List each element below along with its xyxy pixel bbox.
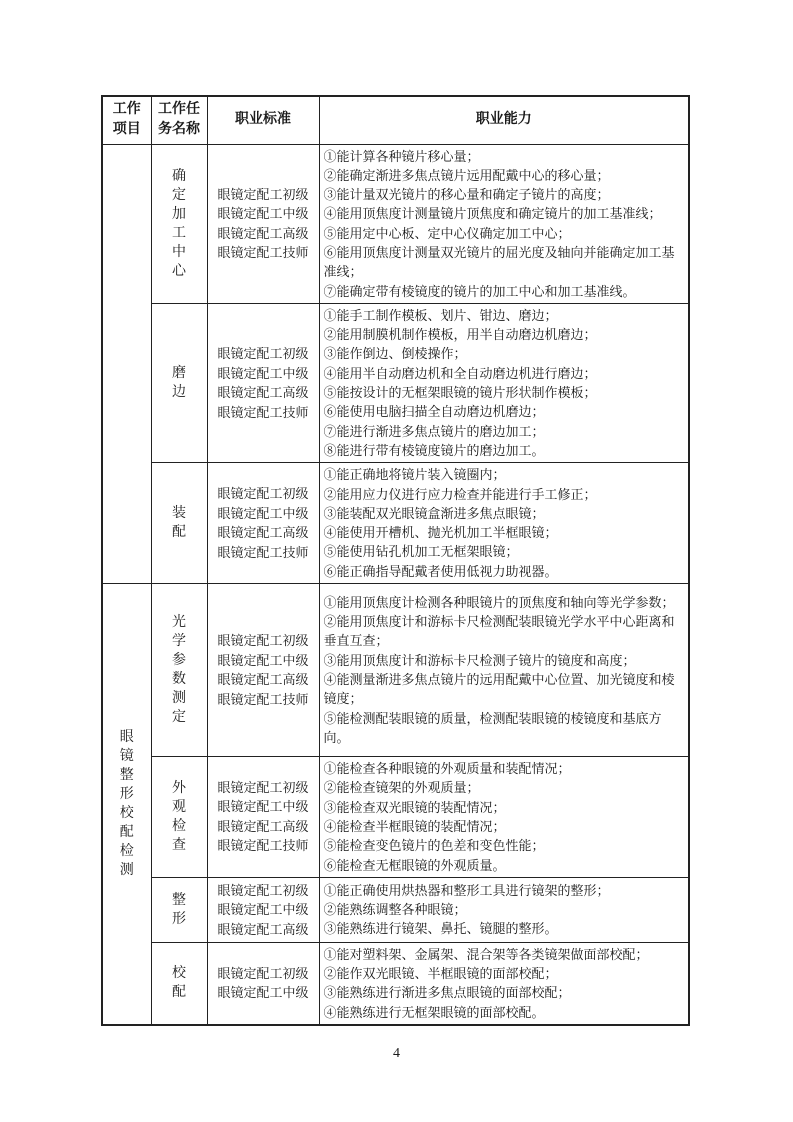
column-header-occupational-ability: 职业能力 [319,96,689,144]
header-row: 工作项目工作任务名称职业标准职业能力 [102,96,689,144]
ability-item: ②能检查镜架的外观质量； [324,778,686,797]
column-header-line: 务名称 [154,120,205,140]
vertical-char: 校 [120,804,134,823]
occupational-standard-cell: 眼镜定配工初级眼镜定配工中级眼镜定配工高级眼镜定配工技师 [207,144,319,303]
task-name-cell: 光学参数测定 [151,584,207,757]
vertical-char: 镜 [120,747,134,766]
vertical-char: 眼 [120,728,134,747]
task-name: 磨边 [172,364,186,402]
vertical-char: 装 [172,504,186,523]
vertical-char: 参 [172,651,186,670]
ability-item: ②能用应力仪进行应力检查并能进行手工修正； [324,485,686,504]
column-header-line: 职业能力 [322,110,687,130]
table-header: 工作项目工作任务名称职业标准职业能力 [102,96,689,144]
ability-item: ①能正确地将镜片装入镜圈内； [324,465,686,484]
standard-line: 眼镜定配工初级 [212,881,315,901]
standard-line: 眼镜定配工高级 [212,224,315,244]
ability-item: ⑦能进行渐进多焦点镜片的磨边加工； [324,422,686,441]
vertical-char: 检 [172,817,186,836]
standard-line: 眼镜定配工初级 [212,484,315,504]
vertical-char: 学 [172,632,186,651]
standard-line: 眼镜定配工技师 [212,836,315,856]
occupational-standard-cell: 眼镜定配工初级眼镜定配工中级眼镜定配工高级眼镜定配工技师 [207,463,319,584]
column-header-work-project: 工作项目 [102,96,151,144]
vertical-char: 查 [172,836,186,855]
standard-line: 眼镜定配工高级 [212,383,315,403]
column-header-occupational-standard: 职业标准 [207,96,319,144]
vertical-char: 光 [172,613,186,632]
vertical-char: 形 [172,910,186,929]
occupational-standard-cell: 眼镜定配工初级眼镜定配工中级眼镜定配工高级 [207,877,319,942]
vertical-char: 加 [172,205,186,224]
ability-item: ④能用半自动磨边机和全自动磨边机进行磨边； [324,364,686,383]
task-name: 装配 [172,504,186,542]
vertical-char: 校 [172,964,186,983]
ability-item: ④能用顶焦度计测量镜片顶焦度和确定镜片的加工基准线； [324,204,686,223]
standard-line: 眼镜定配工高级 [212,523,315,543]
ability-item: ⑤能使用钻孔机加工无框架眼镜； [324,542,686,561]
work-project-name: 眼镜整形校配检测 [120,728,134,880]
standard-line: 眼镜定配工技师 [212,690,315,710]
standard-line: 眼镜定配工高级 [212,670,315,690]
occupational-ability-cell: ①能计算各种镜片移心量；②能确定渐进多焦点镜片远用配戴中心的移心量；③能计量双光… [319,144,689,303]
standard-line: 眼镜定配工中级 [212,364,315,384]
task-name-cell: 整形 [151,877,207,942]
vertical-char: 整 [120,766,134,785]
occupational-standard-cell: 眼镜定配工初级眼镜定配工中级 [207,942,319,1025]
vertical-char: 形 [120,785,134,804]
ability-item: ②能熟练调整各种眼镜； [324,900,686,919]
table-row: 整形眼镜定配工初级眼镜定配工中级眼镜定配工高级①能正确使用烘热器和整形工具进行镜… [102,877,689,942]
ability-item: ④能使用开槽机、抛光机加工半框眼镜； [324,523,686,542]
occupational-ability-cell: ①能正确地将镜片装入镜圈内；②能用应力仪进行应力检查并能进行手工修正；③能装配双… [319,463,689,584]
ability-item: ⑥能检查无框眼镜的外观质量。 [324,856,686,875]
ability-item: ③能熟练进行镜架、鼻托、镜腿的整形。 [324,919,686,938]
occupational-standard-cell: 眼镜定配工初级眼镜定配工中级眼镜定配工高级眼镜定配工技师 [207,757,319,878]
standard-line: 眼镜定配工中级 [212,983,315,1003]
ability-item: ⑥能正确指导配戴者使用低视力助视器。 [324,562,686,581]
ability-item: ④能测量渐进多焦点镜片的远用配戴中心位置、加光镜度和棱镜度； [324,670,686,709]
standard-line: 眼镜定配工高级 [212,920,315,940]
standard-line: 眼镜定配工中级 [212,900,315,920]
ability-item: ①能手工制作模板、划片、钳边、磨边； [324,306,686,325]
vertical-char: 确 [172,167,186,186]
occupational-standards-table: 工作项目工作任务名称职业标准职业能力 确定加工中心眼镜定配工初级眼镜定配工中级眼… [101,95,690,1026]
table-row: 眼镜整形校配检测光学参数测定眼镜定配工初级眼镜定配工中级眼镜定配工高级眼镜定配工… [102,584,689,757]
task-name: 校配 [172,964,186,1002]
task-name-cell: 装配 [151,463,207,584]
ability-item: ⑤能用定中心板、定中心仪确定加工中心； [324,224,686,243]
ability-item: ③能作倒边、倒棱操作； [324,344,686,363]
occupational-ability-cell: ①能正确使用烘热器和整形工具进行镜架的整形；②能熟练调整各种眼镜；③能熟练进行镜… [319,877,689,942]
column-header-line: 职业标准 [210,110,317,130]
vertical-char: 测 [172,689,186,708]
ability-item: ②能作双光眼镜、半框眼镜的面部校配； [324,964,686,983]
vertical-char: 心 [172,262,186,281]
ability-item: ⑤能检测配装眼镜的质量，检测配装眼镜的棱镜度和基底方向。 [324,709,686,748]
standard-line: 眼镜定配工技师 [212,243,315,263]
task-name-cell: 磨边 [151,303,207,462]
task-name: 光学参数测定 [172,613,186,727]
vertical-char: 配 [120,823,134,842]
ability-item: ①能计算各种镜片移心量； [324,147,686,166]
occupational-ability-cell: ①能用顶焦度计检测各种眼镜片的顶焦度和轴向等光学参数；②能用顶焦度计和游标卡尺检… [319,584,689,757]
vertical-char: 数 [172,670,186,689]
page-number: 4 [0,1046,793,1062]
ability-item: ④能熟练进行无框架眼镜的面部校配。 [324,1003,686,1022]
standard-line: 眼镜定配工中级 [212,204,315,224]
vertical-char: 边 [172,383,186,402]
standard-line: 眼镜定配工高级 [212,817,315,837]
occupational-ability-cell: ①能对塑料架、金属架、混合架等各类镜架做面部校配；②能作双光眼镜、半框眼镜的面部… [319,942,689,1025]
standard-line: 眼镜定配工中级 [212,651,315,671]
ability-item: ⑤能检查变色镜片的色差和变色性能； [324,836,686,855]
ability-item: ①能对塑料架、金属架、混合架等各类镜架做面部校配； [324,945,686,964]
document-page: 工作项目工作任务名称职业标准职业能力 确定加工中心眼镜定配工初级眼镜定配工中级眼… [0,0,793,1122]
vertical-char: 测 [120,861,134,880]
ability-item: ②能用顶焦度计和游标卡尺检测配装眼镜光学水平中心距离和垂直互查； [324,612,686,651]
vertical-char: 定 [172,186,186,205]
task-name: 整形 [172,891,186,929]
standard-line: 眼镜定配工技师 [212,543,315,563]
standard-line: 眼镜定配工初级 [212,185,315,205]
vertical-char: 检 [120,842,134,861]
ability-item: ⑦能确定带有棱镜度的镜片的加工中心和加工基准线。 [324,282,686,301]
vertical-char: 外 [172,779,186,798]
vertical-char: 中 [172,243,186,262]
ability-item: ①能检查各种眼镜的外观质量和装配情况； [324,759,686,778]
standard-line: 眼镜定配工初级 [212,344,315,364]
standard-line: 眼镜定配工初级 [212,631,315,651]
ability-item: ④能检查半框眼镜的装配情况； [324,817,686,836]
vertical-char: 磨 [172,364,186,383]
vertical-char: 配 [172,983,186,1002]
occupational-standard-cell: 眼镜定配工初级眼镜定配工中级眼镜定配工高级眼镜定配工技师 [207,584,319,757]
occupational-standard-cell: 眼镜定配工初级眼镜定配工中级眼镜定配工高级眼镜定配工技师 [207,303,319,462]
standard-line: 眼镜定配工技师 [212,403,315,423]
column-header-line: 工作任 [154,100,205,120]
vertical-char: 配 [172,523,186,542]
column-header-work-task-name: 工作任务名称 [151,96,207,144]
task-name-cell: 校配 [151,942,207,1025]
ability-item: ①能用顶焦度计检测各种眼镜片的顶焦度和轴向等光学参数； [324,593,686,612]
table-row: 装配眼镜定配工初级眼镜定配工中级眼镜定配工高级眼镜定配工技师①能正确地将镜片装入… [102,463,689,584]
standard-line: 眼镜定配工初级 [212,778,315,798]
vertical-char: 定 [172,708,186,727]
ability-item: ⑥能使用电脑扫描全自动磨边机磨边； [324,402,686,421]
standard-line: 眼镜定配工中级 [212,797,315,817]
vertical-char: 工 [172,224,186,243]
ability-item: ①能正确使用烘热器和整形工具进行镜架的整形； [324,881,686,900]
standard-line: 眼镜定配工初级 [212,964,315,984]
ability-item: ③能熟练进行渐进多焦点眼镜的面部校配； [324,983,686,1002]
table-row: 外观检查眼镜定配工初级眼镜定配工中级眼镜定配工高级眼镜定配工技师①能检查各种眼镜… [102,757,689,878]
table-row: 磨边眼镜定配工初级眼镜定配工中级眼镜定配工高级眼镜定配工技师①能手工制作模板、划… [102,303,689,462]
ability-item: ⑤能按设计的无框架眼镜的镜片形状制作模板； [324,383,686,402]
table-row: 确定加工中心眼镜定配工初级眼镜定配工中级眼镜定配工高级眼镜定配工技师①能计算各种… [102,144,689,303]
task-name-cell: 外观检查 [151,757,207,878]
vertical-char: 观 [172,798,186,817]
table-body: 确定加工中心眼镜定配工初级眼镜定配工中级眼镜定配工高级眼镜定配工技师①能计算各种… [102,144,689,1025]
table-row: 校配眼镜定配工初级眼镜定配工中级①能对塑料架、金属架、混合架等各类镜架做面部校配… [102,942,689,1025]
column-header-line: 项目 [105,120,149,140]
task-name-cell: 确定加工中心 [151,144,207,303]
vertical-char: 整 [172,891,186,910]
ability-item: ③能计量双光镜片的移心量和确定子镜片的高度； [324,185,686,204]
standard-line: 眼镜定配工中级 [212,504,315,524]
task-name: 外观检查 [172,779,186,855]
work-project-cell: 眼镜整形校配检测 [102,584,151,1025]
occupational-ability-cell: ①能检查各种眼镜的外观质量和装配情况；②能检查镜架的外观质量；③能检查双光眼镜的… [319,757,689,878]
column-header-line: 工作 [105,100,149,120]
work-project-cell [102,144,151,584]
ability-item: ③能装配双光眼镜盒渐进多焦点眼镜； [324,504,686,523]
ability-item: ③能检查双光眼镜的装配情况； [324,798,686,817]
ability-item: ⑥能用顶焦度计测量双光镜片的屈光度及轴向并能确定加工基准线； [324,243,686,282]
ability-item: ②能确定渐进多焦点镜片远用配戴中心的移心量； [324,166,686,185]
ability-item: ②能用制膜机制作模板，用半自动磨边机磨边； [324,325,686,344]
ability-item: ③能用顶焦度计和游标卡尺检测子镜片的镜度和高度； [324,651,686,670]
occupational-ability-cell: ①能手工制作模板、划片、钳边、磨边；②能用制膜机制作模板，用半自动磨边机磨边；③… [319,303,689,462]
task-name: 确定加工中心 [172,167,186,281]
ability-item: ⑧能进行带有棱镜度镜片的磨边加工。 [324,441,686,460]
